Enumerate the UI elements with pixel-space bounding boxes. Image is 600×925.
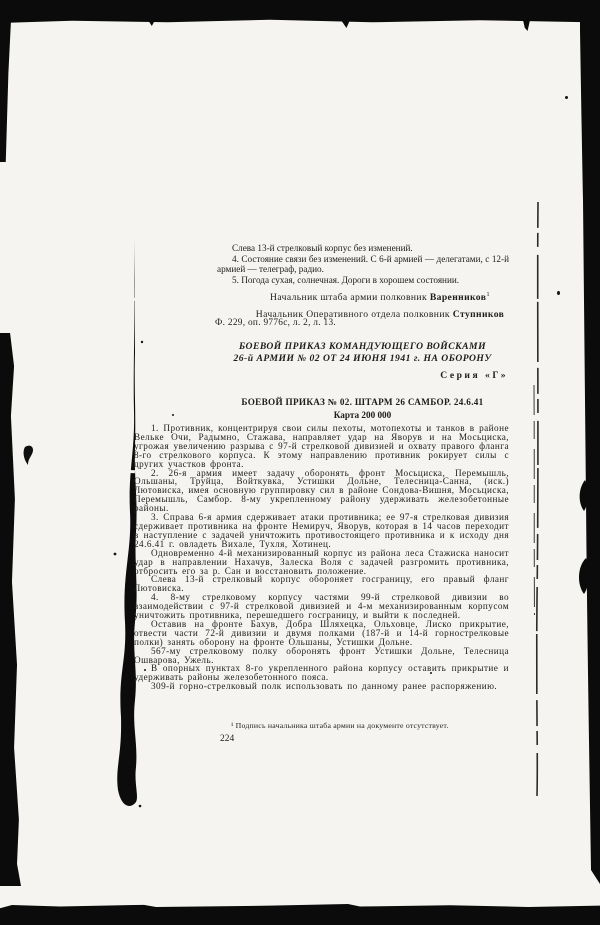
signature-name: Варенников xyxy=(430,292,487,303)
scan-top-border-drip xyxy=(148,20,155,26)
order-paragraph: 1. Противник, концентрируя свои силы пех… xyxy=(134,424,509,469)
order-paragraph: 309-й горно-стрелковый полк использовать… xyxy=(134,682,509,691)
scan-right-border xyxy=(575,0,600,890)
ink-comma-blemish xyxy=(22,444,36,468)
scan-bottom-border xyxy=(0,904,600,925)
order-paragraph: 567-му стрелковому полку оборонять фронт… xyxy=(134,647,509,665)
intro-line: 5. Погода сухая, солнечная. Дороги в хор… xyxy=(217,275,509,286)
order-paragraph: 2. 26-я армия имеет задачу оборонять фро… xyxy=(134,469,509,514)
previous-order-tail: Слева 13-й стрелковый корпус без изменен… xyxy=(217,243,509,285)
order-paragraph: 4. 8-му стрелковому корпусу частями 99-й… xyxy=(134,593,509,620)
page-edge-line xyxy=(530,200,544,800)
footnote: ¹ Подпись начальника штаба армии на доку… xyxy=(231,721,449,730)
intro-line: Слева 13-й стрелковый корпус без изменен… xyxy=(217,243,509,254)
document-title: БОЕВОЙ ПРИКАЗ КОМАНДУЮЩЕГО ВОЙСКАМИ 26-й… xyxy=(207,341,518,364)
order-heading: БОЕВОЙ ПРИКАЗ № 02. ШТАРМ 26 САМБОР. 24.… xyxy=(207,397,518,407)
document-title-line2: 26-й АРМИИ № 02 ОТ 24 ИЮНЯ 1941 г. НА ОБ… xyxy=(207,353,518,365)
ink-speck xyxy=(565,96,568,99)
map-scale-line: Карта 200 000 xyxy=(207,410,518,420)
signature-name: Ступников xyxy=(453,309,505,320)
footnote-mark: 1 xyxy=(486,291,490,298)
scan-top-border xyxy=(0,0,600,23)
document-title-line1: БОЕВОЙ ПРИКАЗ КОМАНДУЮЩЕГО ВОЙСКАМИ xyxy=(207,341,518,353)
order-paragraph: Одновременно 4-й механизированный корпус… xyxy=(134,549,509,576)
order-paragraph: Слева 13-й стрелковый корпус обороняет г… xyxy=(134,575,509,593)
series-label: Серия «Г» xyxy=(207,370,508,381)
order-paragraph: В опорных пунктах 8-го укрепленного райо… xyxy=(134,664,509,682)
ink-speck xyxy=(172,414,174,416)
scanned-document-page: Слева 13-й стрелковый корпус без изменен… xyxy=(0,0,600,925)
order-paragraph: 3. Справа 6-я армия сдерживает атаки про… xyxy=(134,513,509,549)
order-paragraph: Оставив на фронте Бахув, Добра Шляхецка,… xyxy=(134,620,509,647)
scan-top-border-drip xyxy=(523,20,530,31)
page-number: 224 xyxy=(220,734,234,744)
scan-left-border-top xyxy=(0,0,12,162)
signature-role: Начальник штаба армии полковник xyxy=(270,292,430,303)
scan-top-border-drip xyxy=(341,20,350,28)
ink-speck xyxy=(557,291,560,295)
order-body: 1. Противник, концентрируя свои силы пех… xyxy=(134,424,509,691)
scan-left-border-mid xyxy=(0,333,21,886)
intro-line: 4. Состояние связи без изменений. С 6-й … xyxy=(217,254,509,275)
signature-line: Начальник штаба армии полковник Варенник… xyxy=(238,290,522,303)
archive-reference: Ф. 229, оп. 9776с, л. 2, л. 13. xyxy=(215,318,336,328)
